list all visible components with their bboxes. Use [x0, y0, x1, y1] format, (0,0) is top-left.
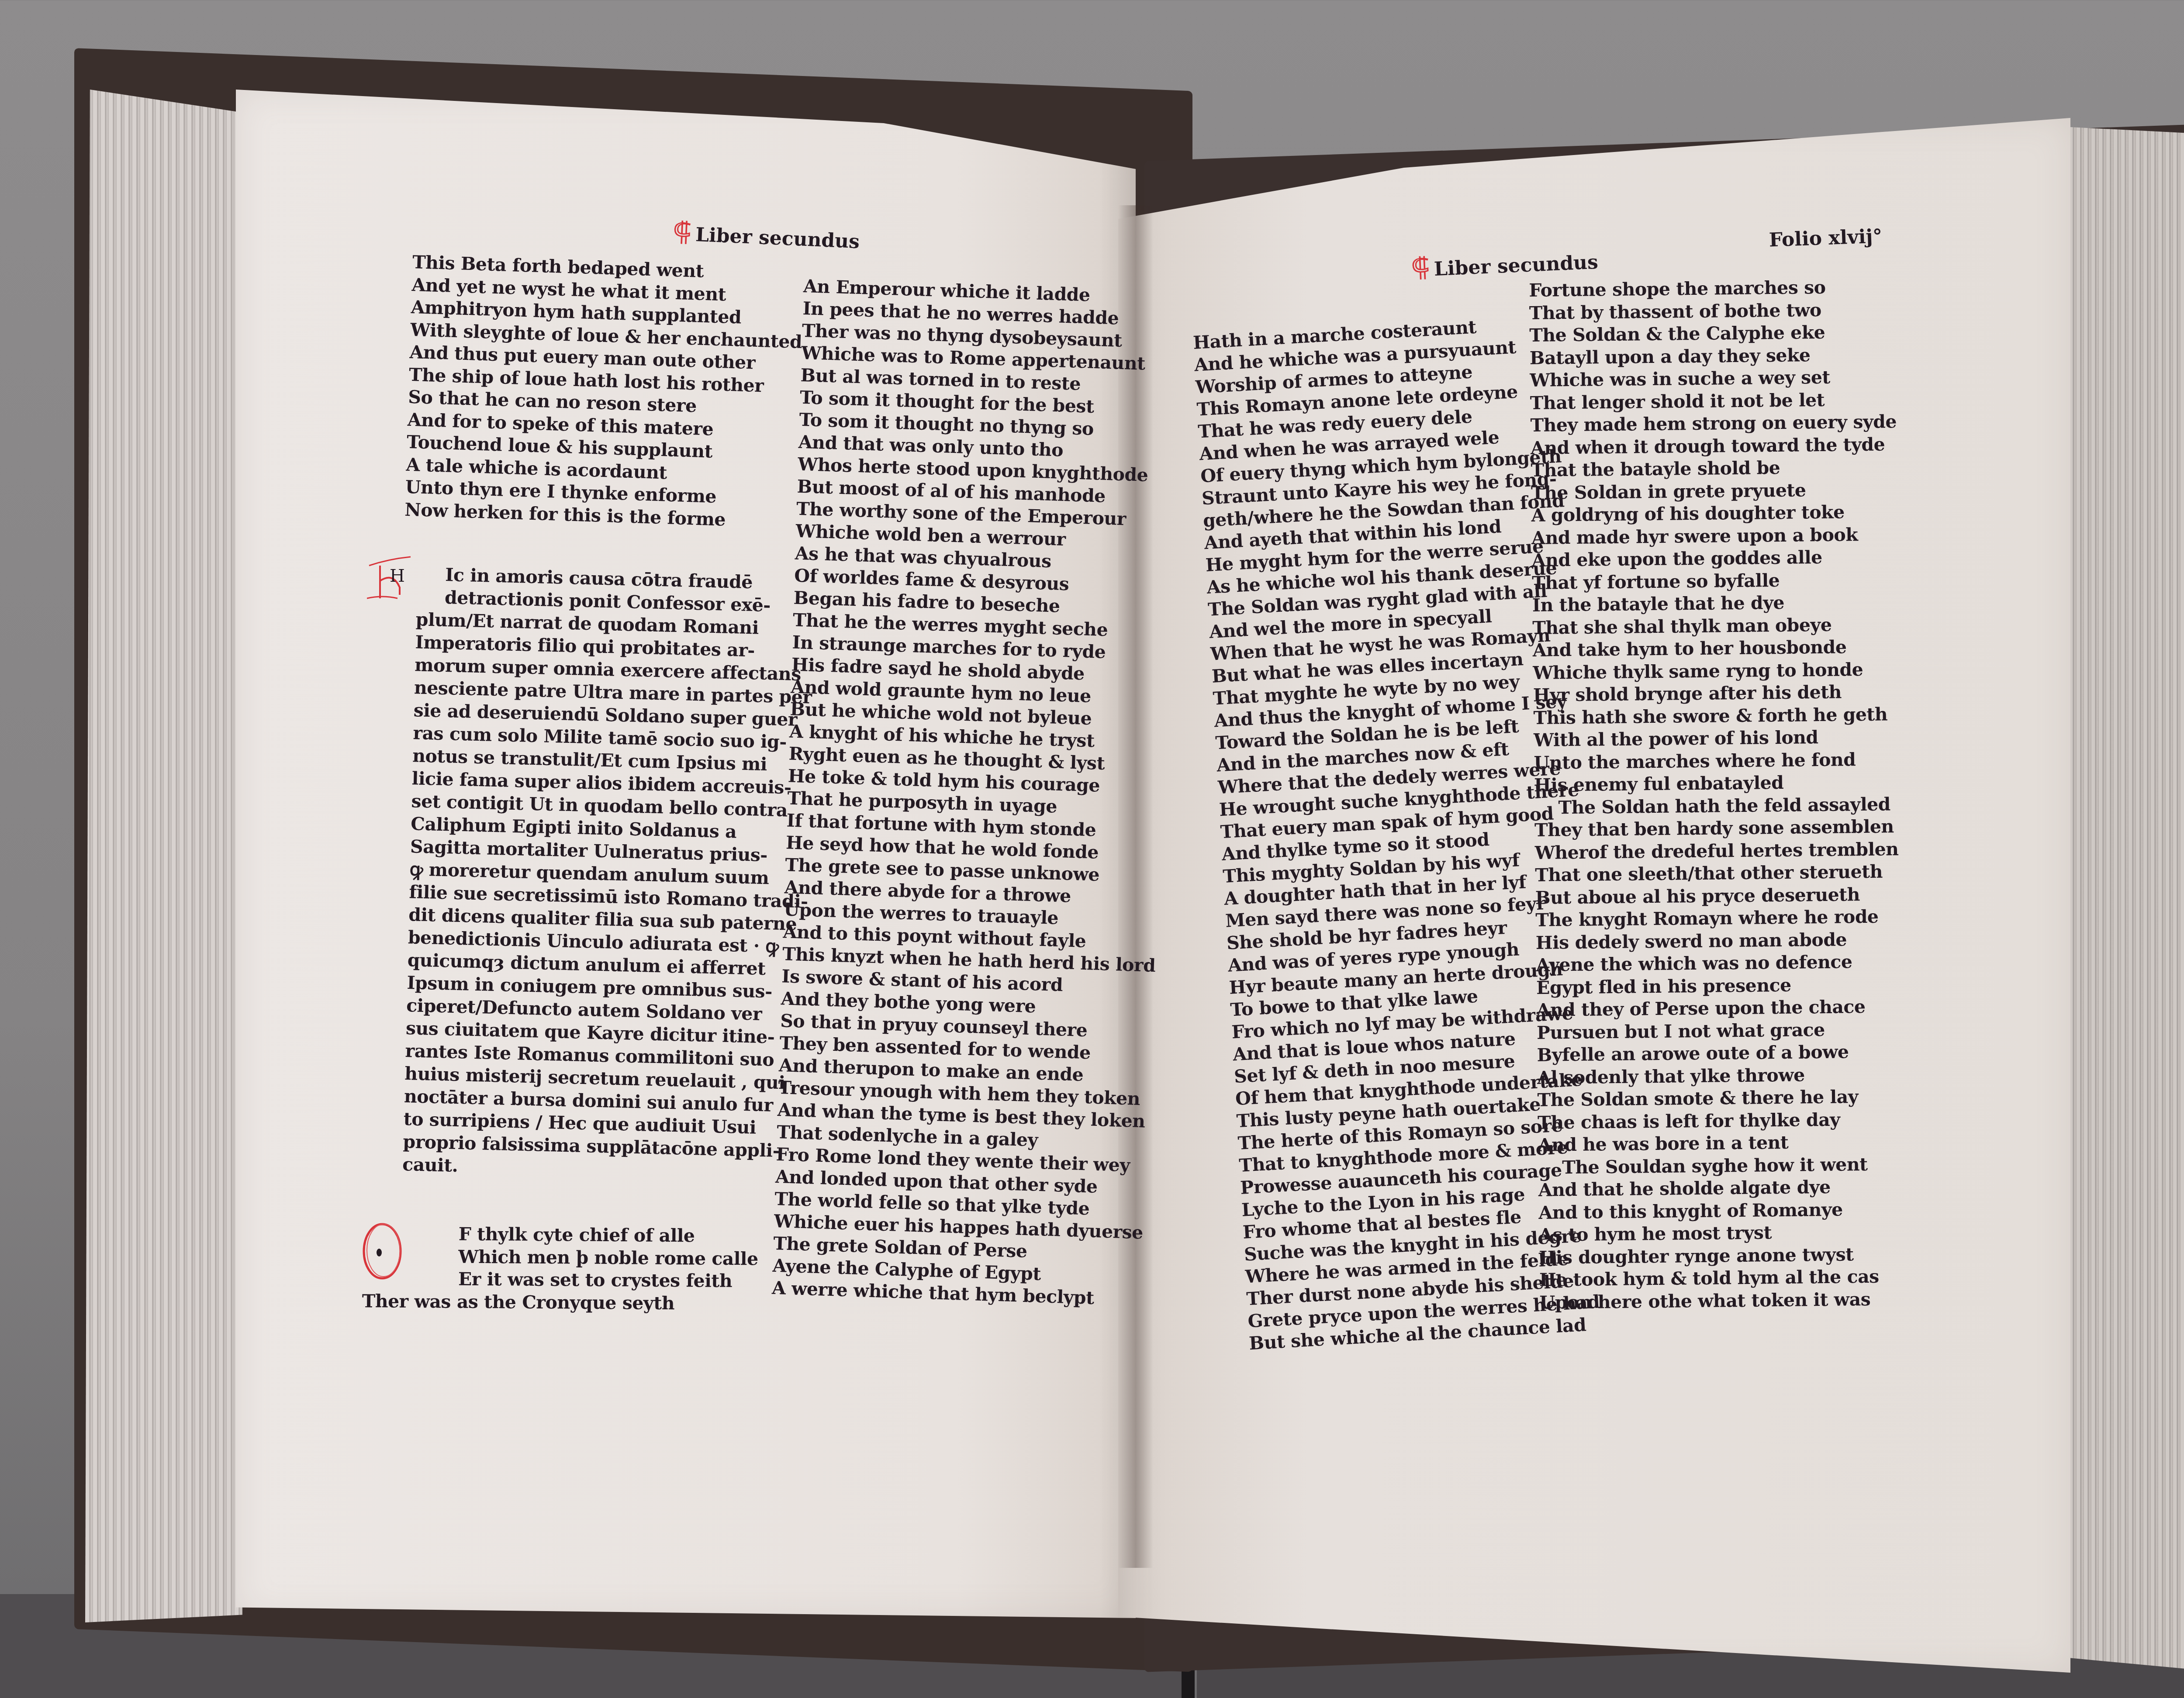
photo-scene: ⸿Liber secundus This Beta forth bedaped … — [0, 0, 2184, 1698]
verse-line: That lenger shold it not be let — [1530, 388, 1897, 414]
verse-line: Whiche thylk same ryng to honde — [1533, 658, 1899, 684]
verse-line: Unto the marches where he fond — [1534, 748, 1900, 774]
verse-line: That yf fortune so byfalle — [1532, 568, 1898, 594]
verse-line: The Soldan hath the feld assayled — [1534, 793, 1901, 819]
verse-line: Byfelle an arowe oute of a bowe — [1537, 1040, 1903, 1066]
verse-line: Ayene the which was no defence — [1536, 950, 1902, 977]
verse-line: And made hyr swere upon a book — [1531, 523, 1898, 549]
verse-line: And when it drough toward the tyde — [1531, 433, 1897, 459]
verse-line: Egypt fled in his presence — [1536, 973, 1903, 999]
verse-line: Batayll upon a day they seke — [1530, 343, 1896, 369]
verse-line: That she shal thylk man obeye — [1532, 613, 1899, 639]
verse-line: Al sodenly that ylke throwe — [1537, 1063, 1904, 1089]
verse-line: Ther was as the Cronyque seyth — [362, 1290, 758, 1315]
verse-line: They that ben hardy sone assemblen — [1534, 815, 1901, 842]
verse-line: The knyght Romayn where he rode — [1535, 905, 1902, 932]
verse-line: Whiche was in suche a wey set — [1530, 366, 1896, 392]
verse-line: The Soldan in grete pryuete — [1531, 478, 1897, 504]
verse-line: F thylk cyte chief of alle — [459, 1223, 759, 1248]
verse-line: That one sleeth/that other sterueth — [1535, 860, 1901, 887]
right-col2-verse: Fortune shope the marches so That by tha… — [1529, 276, 1906, 1314]
verse-line: Fortune shope the marches so — [1529, 276, 1895, 302]
verse-line: As to hym he most tryst — [1539, 1220, 1905, 1246]
verse-line: They made hem strong on euery syde — [1530, 411, 1897, 437]
verse-line: And to this knyght of Romanye — [1538, 1198, 1905, 1224]
verse-line: Er it was set to crystes feith — [458, 1268, 758, 1293]
left-col1-latin-gloss: Ic in amoris causa cōtra fraudē detracti… — [431, 563, 816, 1185]
left-col1-verse-top: This Beta forth bedaped went And yet ne … — [404, 251, 805, 533]
verse-line: Pursuen but I not what grace — [1537, 1018, 1903, 1044]
paragraph-mark-icon: ⸿ — [1410, 252, 1431, 283]
verse-line: With al the power of his lond — [1534, 725, 1900, 752]
rubricated-initial-h-icon: H — [367, 555, 415, 603]
verse-line: But aboue al his pryce deserueth — [1535, 883, 1902, 909]
verse-line: And that he sholde algate dye — [1538, 1175, 1905, 1201]
verse-line: And they of Perse upon the chace — [1536, 995, 1903, 1022]
left-col1-verse-bottom: F thylk cyte chief of alle Which men þ n… — [415, 1223, 759, 1315]
verse-line: In the batayle that he dye — [1532, 590, 1899, 617]
svg-text:H: H — [390, 566, 405, 586]
rubricated-initial-o-icon — [358, 1218, 406, 1284]
verse-line: That the batayle shold be — [1531, 456, 1897, 482]
verse-line: This hath she swore & forth he geth — [1533, 703, 1900, 729]
verse-line: The Soldan smote & there he lay — [1537, 1085, 1904, 1111]
verse-line: That by thassent of bothe two — [1529, 298, 1896, 324]
verse-line: The Souldan syghe how it went — [1538, 1153, 1904, 1179]
verse-line: Hyr shold brynge after his deth — [1533, 680, 1900, 707]
verse-line: The Soldan & the Calyphe eke — [1529, 321, 1896, 347]
paragraph-mark-icon: ⸿ — [672, 216, 692, 248]
folio-number: Folio xlvij° — [1769, 225, 1883, 251]
verse-line: He took hym & told hym al the cas — [1539, 1265, 1906, 1291]
verse-line: His doughter rynge anone twyst — [1539, 1243, 1905, 1269]
verse-line: And eke upon the goddes alle — [1531, 545, 1898, 572]
verse-line: Which men þ noble rome calle — [458, 1246, 758, 1270]
verse-line: And he was bore in a tent — [1538, 1130, 1904, 1156]
verse-line: Wherof the dredeful hertes tremblen — [1534, 838, 1901, 864]
verse-line: His enemy ful enbatayled — [1534, 770, 1901, 797]
page-edges-right — [2062, 127, 2184, 1673]
left-col2-verse: An Emperour whiche it ladde In pees that… — [771, 275, 1177, 1311]
page-edges-left — [85, 90, 242, 1622]
verse-line: His dedely swerd no man abode — [1536, 928, 1902, 954]
verse-line: And take hym to her housbonde — [1533, 635, 1899, 662]
verse-line: A goldryng of his doughter toke — [1531, 500, 1897, 527]
verse-line: Upon here othe what token it was — [1539, 1288, 1906, 1314]
verse-line: The chaas is left for thylke day — [1538, 1108, 1904, 1134]
